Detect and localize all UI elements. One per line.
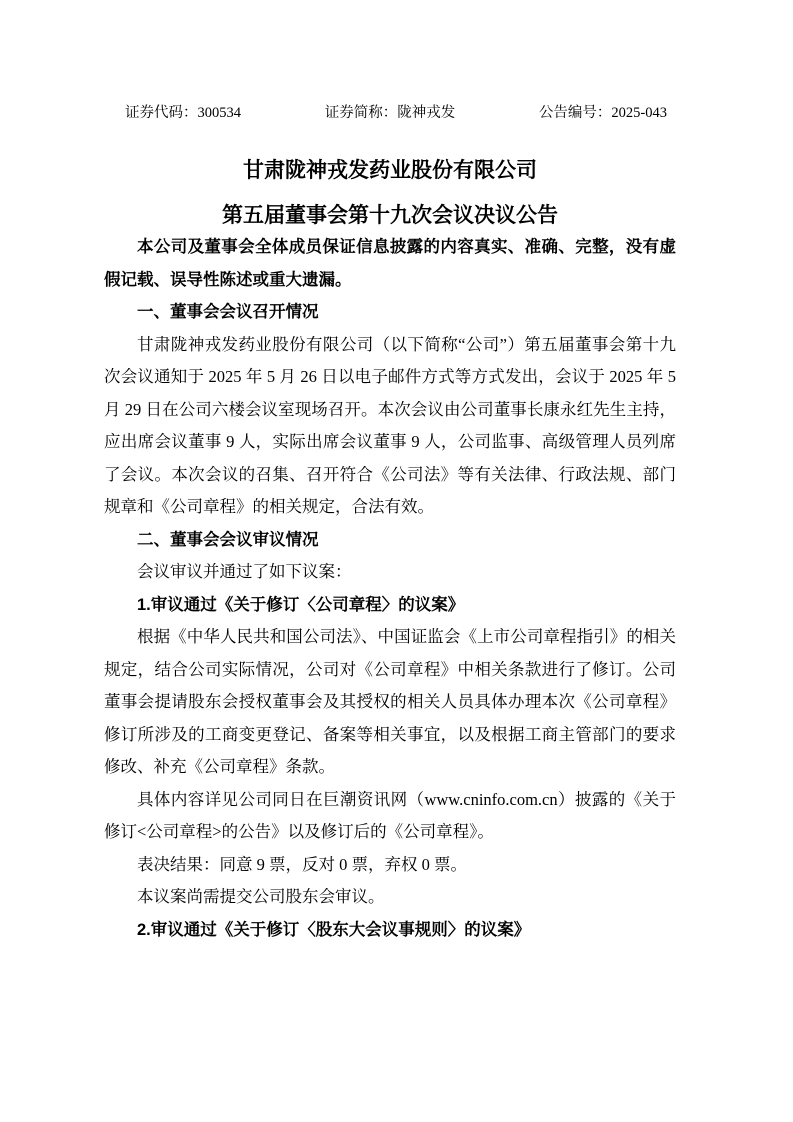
item-heading-2: 2.审议通过《关于修订〈股东大会议事规则〉的议案》 <box>104 914 676 947</box>
announcement-number: 公告编号：2025-043 <box>539 104 667 122</box>
disclaimer-paragraph: 本公司及董事会全体成员保证信息披露的内容真实、准确、完整，没有虚假记载、误导性陈… <box>104 231 676 296</box>
paragraph-meeting-convening: 甘肃陇神戎发药业股份有限公司（以下简称“公司”）第五届董事会第十九次会议通知于 … <box>104 329 676 524</box>
stock-abbr: 证券简称：陇神戎发 <box>325 104 456 122</box>
paragraph-item1-submission: 本议案尚需提交公司股东会审议。 <box>104 881 676 914</box>
stock-code: 证券代码：300534 <box>125 104 241 122</box>
item-heading-1: 1.审议通过《关于修订〈公司章程〉的议案》 <box>104 589 676 622</box>
doc-title-line2: 第五届董事会第十九次会议决议公告 <box>104 201 676 231</box>
paragraph-item1-detail: 根据《中华人民共和国公司法》、中国证监会《上市公司章程指引》的相关规定，结合公司… <box>104 621 676 784</box>
doc-title-line1: 甘肃陇神戎发药业股份有限公司 <box>104 156 676 186</box>
section-heading-1: 一、董事会会议召开情况 <box>104 296 676 329</box>
paragraph-item1-vote-result: 表决结果：同意 9 票，反对 0 票，弃权 0 票。 <box>104 849 676 882</box>
announcement-page: 证券代码：300534 证券简称：陇神戎发 公告编号：2025-043 甘肃陇神… <box>0 0 793 1122</box>
section-heading-2: 二、董事会会议审议情况 <box>104 524 676 557</box>
doc-header: 证券代码：300534 证券简称：陇神戎发 公告编号：2025-043 <box>104 104 676 122</box>
paragraph-resolutions-intro: 会议审议并通过了如下议案： <box>104 556 676 589</box>
paragraph-item1-disclosure: 具体内容详见公司同日在巨潮资讯网（www.cninfo.com.cn）披露的《关… <box>104 784 676 849</box>
